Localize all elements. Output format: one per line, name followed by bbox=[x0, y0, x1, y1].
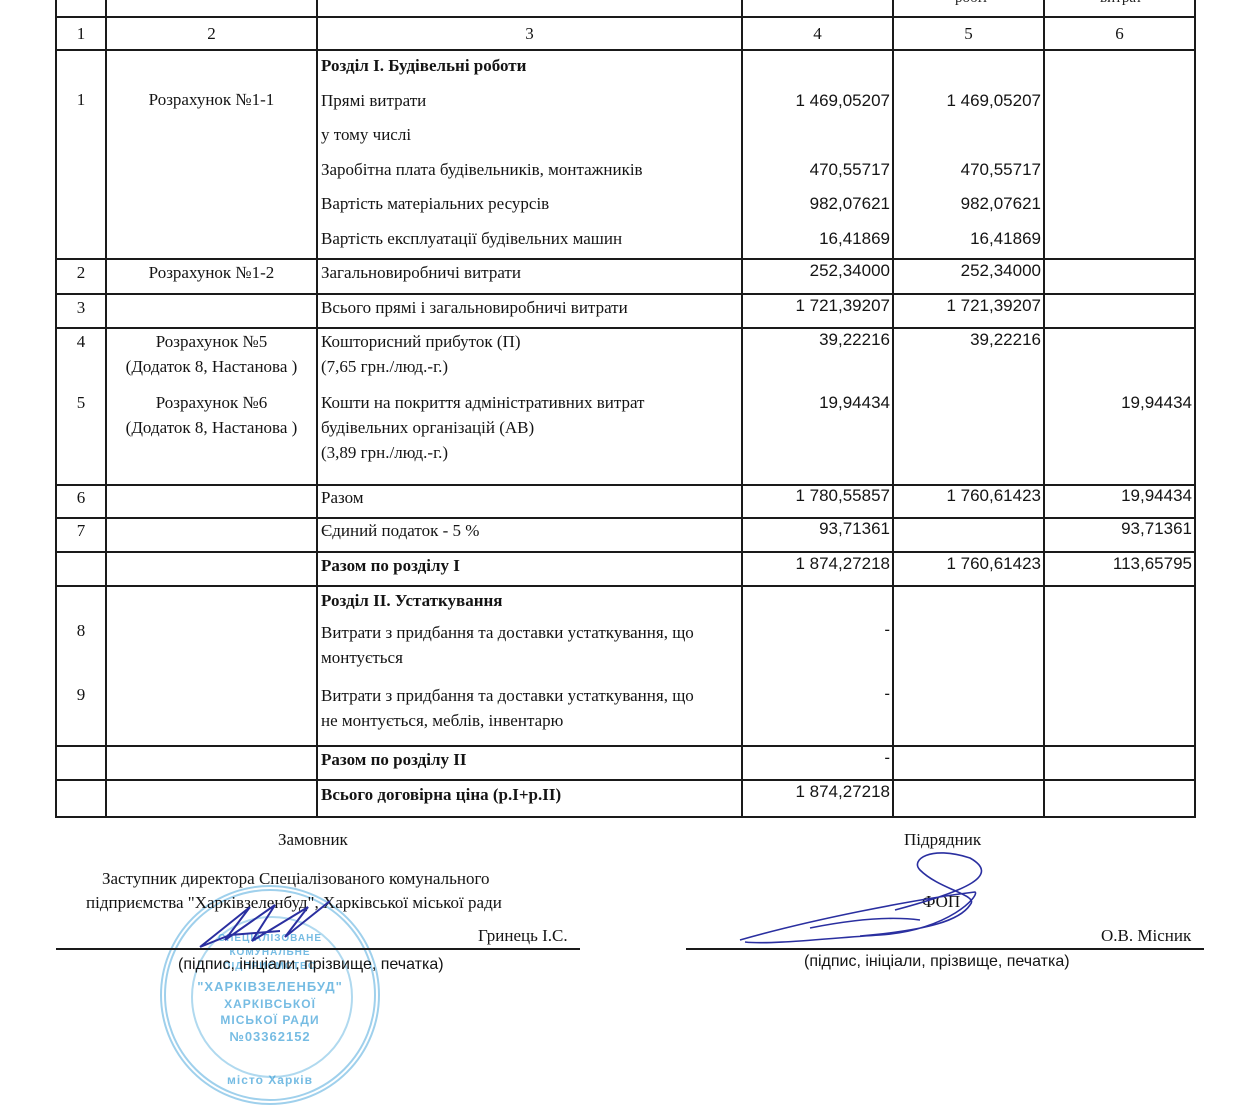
value-cell: 93,71361 bbox=[742, 518, 893, 552]
row-label: будівельних організацій (АВ) bbox=[321, 415, 741, 440]
row-number: 8 bbox=[57, 617, 105, 645]
row-reference: Розрахунок №1-1 bbox=[107, 85, 316, 120]
row-number: 5 bbox=[57, 390, 105, 416]
row-reference bbox=[106, 294, 317, 328]
value-cell: 252,34000 bbox=[893, 259, 1044, 294]
row-label: Разом bbox=[317, 485, 742, 518]
stamp-text: МІСЬКОЇ РАДИ bbox=[166, 1013, 374, 1027]
table-row-2: 2 Розрахунок №1-2 Загальновиробничі витр… bbox=[56, 259, 1195, 294]
row-label: не монтується, меблів, інвентарю bbox=[321, 708, 741, 733]
table-row-6: 6 Разом 1 780,55857 1 760,61423 19,94434 bbox=[56, 485, 1195, 518]
value-cell bbox=[1044, 259, 1195, 294]
row-reference bbox=[106, 552, 317, 586]
row-label: Витрати з придбання та доставки устаткув… bbox=[321, 620, 741, 645]
value-cell: 1 760,61423 bbox=[893, 485, 1044, 518]
value-cell: 113,65795 bbox=[1044, 552, 1195, 586]
value-cell bbox=[894, 120, 1041, 155]
row-label: Вартість матеріальних ресурсів bbox=[321, 189, 741, 224]
row-number bbox=[56, 552, 106, 586]
value-cell: 39,22216 bbox=[743, 329, 890, 351]
value-cell: 1 780,55857 bbox=[742, 485, 893, 518]
value-cell bbox=[1044, 780, 1195, 817]
value-cell: 470,55717 bbox=[894, 155, 1041, 190]
stamp-text: №03362152 bbox=[166, 1029, 374, 1044]
section-2-total-row: Разом по розділу ІІ - bbox=[56, 746, 1195, 780]
value-cell: 1 469,05207 bbox=[894, 86, 1041, 121]
value-cell bbox=[1044, 294, 1195, 328]
row-reference bbox=[106, 518, 317, 552]
row-reference: Розрахунок №1-2 bbox=[106, 259, 317, 294]
table-row-4-5: 4 5 Розрахунок №5 (Додаток 8, Настанова … bbox=[56, 328, 1195, 485]
col-index: 2 bbox=[106, 17, 317, 50]
section-title: Розділ І. Будівельні роботи bbox=[321, 51, 741, 86]
header-row-partial bbox=[56, 0, 1195, 17]
contractor-signature-caption: (підпис, ініціали, прізвище, печатка) bbox=[804, 953, 1070, 971]
row-label: Разом по розділу ІІ bbox=[317, 746, 742, 780]
section-1-total-row: Разом по розділу І 1 874,27218 1 760,614… bbox=[56, 552, 1195, 586]
col-index: 4 bbox=[742, 17, 893, 50]
row-number: 9 bbox=[57, 681, 105, 709]
row-label: Заробітна плата будівельників, монтажник… bbox=[321, 155, 741, 190]
row-reference-note: (Додаток 8, Настанова ) bbox=[107, 354, 316, 379]
col-index: 6 bbox=[1044, 17, 1195, 50]
customer-signature-icon bbox=[190, 895, 340, 955]
contractor-name: О.В. Місник bbox=[1101, 926, 1191, 946]
value-cell bbox=[1044, 746, 1195, 780]
row-number: 1 bbox=[57, 85, 105, 120]
value-cell: 1 469,05207 bbox=[743, 86, 890, 121]
value-cell bbox=[893, 746, 1044, 780]
value-cell: 982,07621 bbox=[894, 189, 1041, 224]
value-cell bbox=[893, 518, 1044, 552]
row-number: 6 bbox=[56, 485, 106, 518]
customer-signature-caption: (підпис, ініціали, прізвище, печатка) bbox=[178, 956, 444, 974]
col-index: 3 bbox=[317, 17, 742, 50]
value-cell: 39,22216 bbox=[894, 329, 1041, 351]
row-label: Кошти на покриття адміністративних витра… bbox=[321, 390, 741, 415]
row-label: монтується bbox=[321, 645, 741, 670]
row-reference: Розрахунок №6 bbox=[107, 390, 316, 415]
customer-role-label: Замовник bbox=[278, 830, 348, 850]
row-label: Разом по розділу І bbox=[317, 552, 742, 586]
row-number: 3 bbox=[56, 294, 106, 328]
stamp-text: місто Харків bbox=[166, 1073, 374, 1087]
value-cell: 93,71361 bbox=[1044, 518, 1195, 552]
customer-position-line1: Заступник директора Спеціалізованого ком… bbox=[102, 869, 490, 889]
value-cell: 252,34000 bbox=[742, 259, 893, 294]
value-cell: 1 721,39207 bbox=[893, 294, 1044, 328]
row-number: 7 bbox=[56, 518, 106, 552]
row-label: Вартість експлуатації будівельних машин bbox=[321, 224, 741, 259]
row-reference: Розрахунок №5 bbox=[107, 329, 316, 354]
value-cell: 19,94434 bbox=[1045, 392, 1192, 414]
value-cell: 982,07621 bbox=[743, 189, 890, 224]
value-cell bbox=[893, 780, 1044, 817]
row-label-note: (7,65 грн./люд.-г.) bbox=[321, 354, 741, 379]
value-cell: 16,41869 bbox=[743, 224, 890, 259]
value-cell: 19,94434 bbox=[1044, 485, 1195, 518]
table-row-1: 1 Розрахунок №1-1 Розділ І. Будівельні р… bbox=[56, 50, 1195, 259]
value-cell bbox=[743, 120, 890, 155]
row-label-note: (3,89 грн./люд.-г.) bbox=[321, 440, 741, 465]
row-number: 2 bbox=[56, 259, 106, 294]
row-label: Всього договірна ціна (р.І+р.ІІ) bbox=[317, 780, 742, 817]
value-cell: 1 760,61423 bbox=[893, 552, 1044, 586]
contractor-role-label: Підрядник bbox=[904, 830, 981, 850]
col-index: 5 bbox=[893, 17, 1044, 50]
value-cell: - bbox=[743, 619, 890, 641]
col-index: 1 bbox=[56, 17, 106, 50]
value-cell: 470,55717 bbox=[743, 155, 890, 190]
section-title: Розділ ІІ. Устаткування bbox=[321, 587, 741, 615]
value-cell: 1 874,27218 bbox=[742, 552, 893, 586]
stamp-text: "ХАРКІВЗЕЛЕНБУД" bbox=[166, 979, 374, 994]
row-reference bbox=[106, 485, 317, 518]
grand-total-row: Всього договірна ціна (р.І+р.ІІ) 1 874,2… bbox=[56, 780, 1195, 817]
value-cell: 1 874,27218 bbox=[742, 780, 893, 817]
value-cell: - bbox=[743, 683, 890, 705]
row-label: Єдиний податок - 5 % bbox=[317, 518, 742, 552]
table-row-7: 7 Єдиний податок - 5 % 93,71361 93,71361 bbox=[56, 518, 1195, 552]
value-cell: 1 721,39207 bbox=[742, 294, 893, 328]
section-2-block: 8 9 Розділ ІІ. Устаткування Витрати з пр… bbox=[56, 586, 1195, 746]
row-label: Прямі витрати bbox=[321, 86, 741, 121]
row-label: Загальновиробничі витрати bbox=[317, 259, 742, 294]
row-label: Кошторисний прибуток (П) bbox=[321, 329, 741, 354]
stamp-text: ХАРКІВСЬКОЇ bbox=[166, 997, 374, 1011]
value-cell: 16,41869 bbox=[894, 224, 1041, 259]
value-cell: - bbox=[742, 746, 893, 780]
row-label: у тому числі bbox=[321, 120, 741, 155]
row-label: Всього прямі і загальновиробничі витрати bbox=[317, 294, 742, 328]
row-reference-note: (Додаток 8, Настанова ) bbox=[107, 415, 316, 440]
column-index-row: 1 2 3 4 5 6 bbox=[56, 17, 1195, 50]
customer-name: Гринець І.С. bbox=[478, 926, 568, 946]
value-cell: 19,94434 bbox=[743, 392, 890, 414]
contractor-signature-icon bbox=[730, 850, 1000, 950]
row-number: 4 bbox=[57, 329, 105, 354]
estimate-table: 1 2 3 4 5 6 1 Розрахунок №1-1 Розділ І. … bbox=[55, 0, 1196, 818]
table-row-3: 3 Всього прямі і загальновиробничі витра… bbox=[56, 294, 1195, 328]
row-label: Витрати з придбання та доставки устаткув… bbox=[321, 683, 741, 708]
